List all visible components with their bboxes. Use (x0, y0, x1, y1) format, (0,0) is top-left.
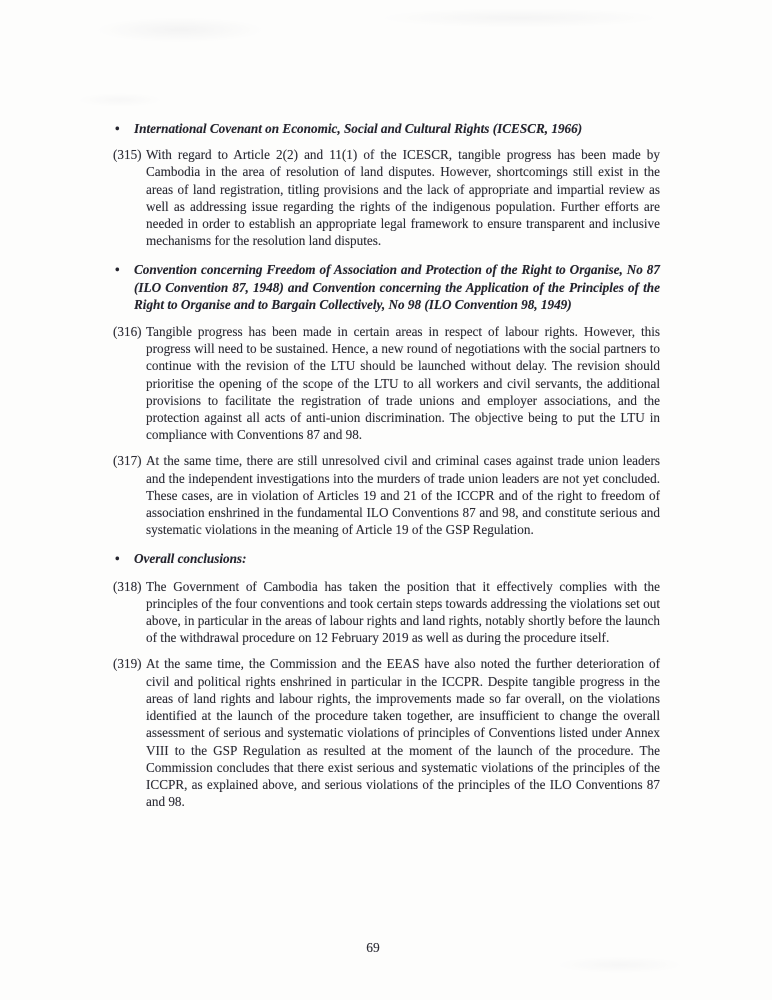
paragraph-text: With regard to Article 2(2) and 11(1) of… (146, 147, 660, 248)
paragraph-319: (319) At the same time, the Commission a… (113, 655, 660, 810)
bullet-icon: • (115, 120, 120, 137)
heading-text: Convention concerning Freedom of Associa… (134, 262, 660, 311)
paragraph-text: At the same time, the Commission and the… (146, 656, 660, 809)
bullet-heading-icescr: • International Covenant on Economic, So… (113, 120, 660, 137)
bullet-icon: • (115, 550, 120, 567)
heading-text: Overall conclusions: (134, 551, 246, 566)
paragraph-315: (315) With regard to Article 2(2) and 11… (113, 146, 660, 249)
scanned-document-page: • International Covenant on Economic, So… (0, 0, 772, 1000)
paragraph-number: (318) (113, 578, 142, 595)
paragraph-text: At the same time, there are still unreso… (146, 453, 660, 537)
paragraph-318: (318) The Government of Cambodia has tak… (113, 578, 660, 647)
bullet-heading-ilo-conventions: • Convention concerning Freedom of Assoc… (113, 261, 660, 313)
paragraph-number: (319) (113, 655, 142, 672)
document-body: • International Covenant on Economic, So… (113, 120, 660, 819)
bullet-icon: • (115, 261, 120, 278)
heading-text: International Covenant on Economic, Soci… (134, 121, 582, 136)
paragraph-317: (317) At the same time, there are still … (113, 452, 660, 538)
paragraph-number: (315) (113, 146, 142, 163)
paragraph-number: (316) (113, 323, 142, 340)
paragraph-number: (317) (113, 452, 142, 469)
paragraph-316: (316) Tangible progress has been made in… (113, 323, 660, 443)
bullet-heading-overall-conclusions: • Overall conclusions: (113, 550, 660, 567)
paragraph-text: Tangible progress has been made in certa… (146, 324, 660, 442)
page-number: 69 (113, 940, 633, 956)
paragraph-text: The Government of Cambodia has taken the… (146, 579, 660, 646)
